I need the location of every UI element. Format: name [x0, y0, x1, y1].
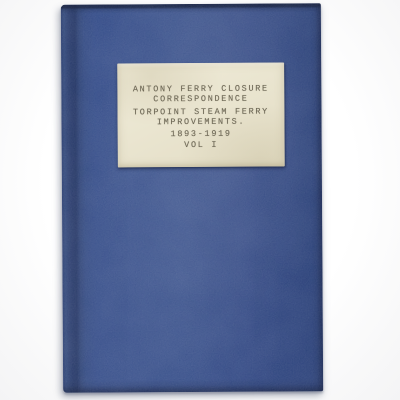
- label-line-antony-ferry-closure: ANTONY FERRY CLOSURE: [117, 83, 284, 94]
- label-subtitle-group: TORPOINT STEAM FERRY IMPROVEMENTS.: [117, 106, 284, 127]
- label-line-improvements: IMPROVEMENTS.: [118, 116, 285, 127]
- label-line-correspondence: CORRESPONDENCE: [117, 93, 284, 104]
- label-line-volume: VOL I: [118, 139, 285, 150]
- cloth-texture: [61, 3, 323, 393]
- title-label: ANTONY FERRY CLOSURE CORRESPONDENCE TORP…: [117, 62, 285, 167]
- label-line-torpoint-steam-ferry: TORPOINT STEAM FERRY: [117, 106, 284, 117]
- photo-scene: ANTONY FERRY CLOSURE CORRESPONDENCE TORP…: [0, 0, 400, 400]
- book: ANTONY FERRY CLOSURE CORRESPONDENCE TORP…: [61, 3, 323, 393]
- label-volume-group: VOL I: [118, 139, 285, 150]
- label-title-group: ANTONY FERRY CLOSURE CORRESPONDENCE: [117, 83, 284, 104]
- label-dates-group: 1893-1919: [118, 128, 285, 139]
- label-line-dates: 1893-1919: [118, 128, 285, 139]
- book-spine: [61, 5, 83, 393]
